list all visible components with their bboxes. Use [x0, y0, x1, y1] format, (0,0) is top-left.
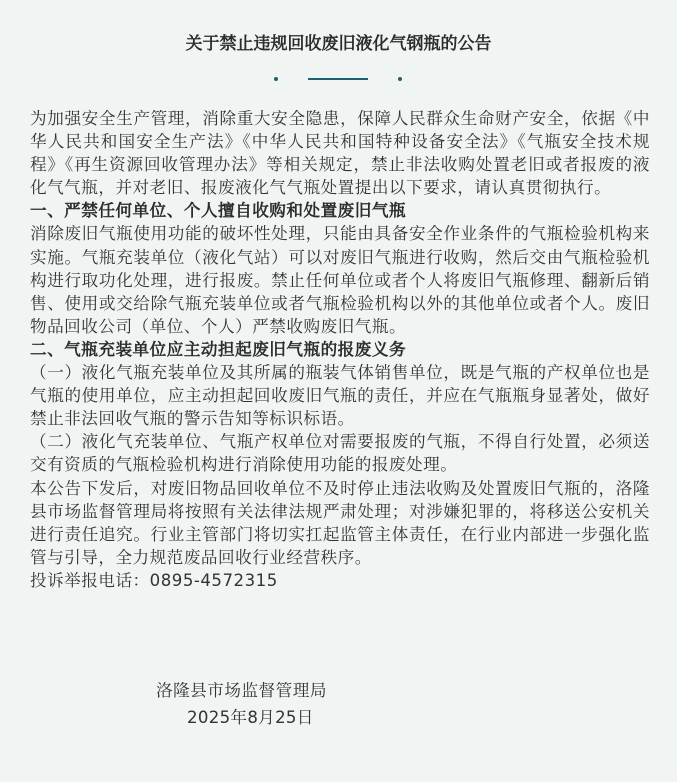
- title-divider: [0, 70, 677, 82]
- signature-organization: 洛隆县市场监督管理局: [156, 679, 327, 702]
- signature-date: 2025年8月25日: [187, 706, 314, 729]
- enforcement-paragraph: 本公告下发后，对废旧物品回收单位不及时停止违法收购及处置废旧气瓶的，洛隆县市场监…: [30, 477, 650, 569]
- section-2-item-2: （二）液化气充装单位、气瓶产权单位对需要报废的气瓶，不得自行处置，必须送交有资质…: [30, 430, 650, 476]
- intro-paragraph: 为加强安全生产管理，消除重大安全隐患，保障人民群众生命财产安全，依据《中华人民共…: [30, 107, 650, 199]
- section-2-item-1: （一）液化气瓶充装单位及其所属的瓶装气体销售单位，既是气瓶的产权单位也是气瓶的使…: [30, 361, 650, 430]
- announcement-article: 关于禁止违规回收废旧液化气钢瓶的公告 为加强安全生产管理，消除重大安全隐患，保障…: [0, 0, 677, 782]
- announcement-body: 为加强安全生产管理，消除重大安全隐患，保障人民群众生命财产安全，依据《中华人民共…: [30, 107, 650, 592]
- divider-dot-icon: [398, 77, 402, 81]
- section-heading-2: 二、气瓶充装单位应主动担起废旧气瓶的报废义务: [30, 338, 650, 361]
- divider-dot-icon: [274, 77, 278, 81]
- section-heading-1: 一、严禁任何单位、个人擅自收购和处置废旧气瓶: [30, 199, 650, 222]
- complaint-hotline: 投诉举报电话：0895-4572315: [30, 569, 650, 592]
- page-title: 关于禁止违规回收废旧液化气钢瓶的公告: [0, 32, 677, 56]
- section-1-paragraph: 消除废旧气瓶使用功能的破坏性处理，只能由具备安全作业条件的气瓶检验机构来实施。气…: [30, 222, 650, 337]
- divider-line: [308, 78, 368, 80]
